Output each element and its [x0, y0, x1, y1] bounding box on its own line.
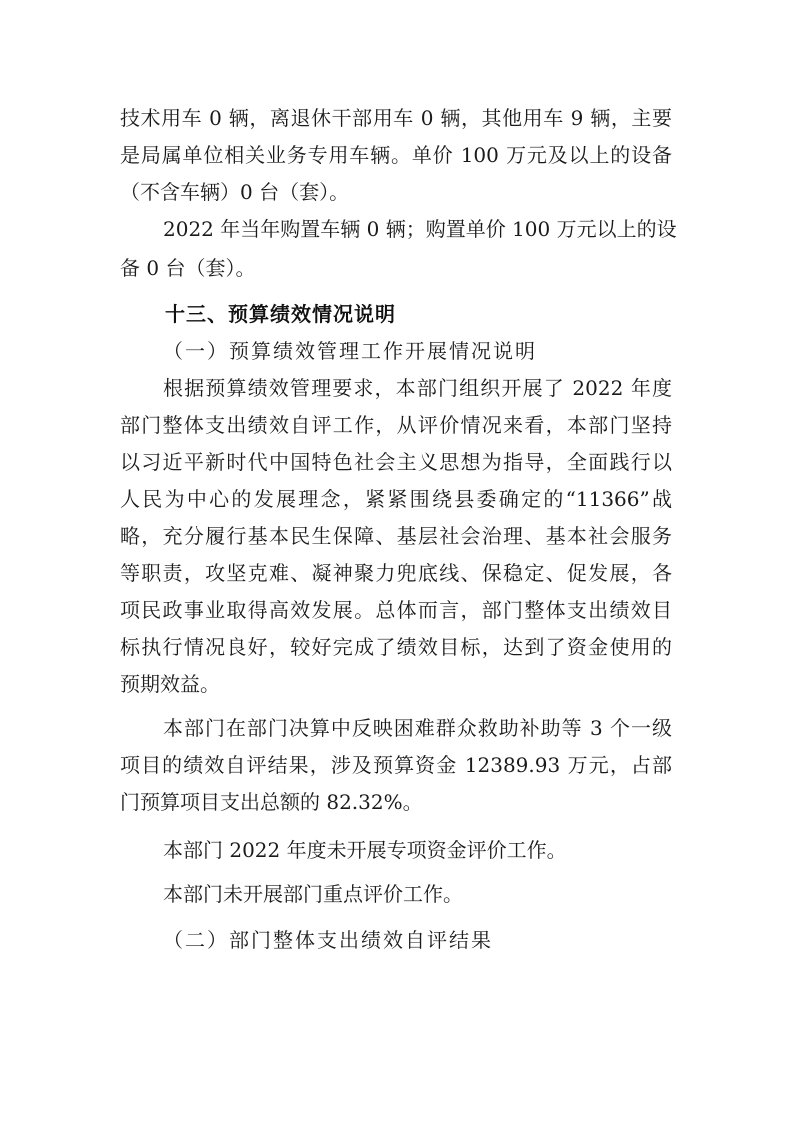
paragraph-performance-line-2: 部门整体支出绩效自评工作，从评价情况来看，本部门坚持	[120, 413, 672, 437]
paragraph-performance-line-9: 预期效益。	[120, 672, 672, 696]
paragraph-vehicles-line-3: （不含车辆）0 台（套）。	[120, 180, 672, 204]
paragraph-performance-line-1: 根据预算绩效管理要求，本部门组织开展了 2022 年度	[163, 376, 672, 400]
subsection-heading-1: （一）预算绩效管理工作开展情况说明	[163, 339, 537, 363]
paragraph-purchases-line-2: 备 0 台（套）。	[120, 256, 672, 280]
document-page: 技术用车 0 辆，离退休干部用车 0 辆，其他用车 9 辆，主要 是局属单位相关…	[0, 0, 793, 1122]
paragraph-projects-line-2: 项目的绩效自评结果，涉及预算资金 12389.93 万元，占部	[120, 753, 672, 777]
paragraph-projects-line-1: 本部门在部门决算中反映困难群众救助补助等 3 个一级	[163, 716, 672, 740]
paragraph-performance-line-7: 项民政事业取得高效发展。总体而言，部门整体支出绩效目	[120, 598, 672, 622]
paragraph-performance-line-4: 人民为中心的发展理念，紧紧围绕县委确定的“11366”战	[120, 487, 672, 511]
paragraph-performance-line-5: 略，充分履行基本民生保障、基层社会治理、基本社会服务	[120, 524, 672, 548]
paragraph-projects-line-3: 门预算项目支出总额的 82.32%。	[120, 790, 672, 814]
paragraph-performance-line-3: 以习近平新时代中国特色社会主义思想为指导，全面践行以	[120, 450, 672, 474]
paragraph-performance-line-8: 标执行情况良好，较好完成了绩效目标，达到了资金使用的	[120, 635, 672, 659]
paragraph-vehicles-line-2: 是局属单位相关业务专用车辆。单价 100 万元及以上的设备	[120, 143, 672, 167]
paragraph-key-evaluation: 本部门未开展部门重点评价工作。	[163, 882, 672, 906]
subsection-heading-2: （二）部门整体支出绩效自评结果	[163, 928, 493, 952]
paragraph-vehicles-line-1: 技术用车 0 辆，离退休干部用车 0 辆，其他用车 9 辆，主要	[120, 106, 672, 130]
paragraph-special-funds: 本部门 2022 年度未开展专项资金评价工作。	[163, 838, 672, 862]
section-heading-13: 十三、预算绩效情况说明	[165, 302, 396, 326]
paragraph-performance-line-6: 等职责，攻坚克难、凝神聚力兜底线、保稳定、促发展，各	[120, 561, 672, 585]
paragraph-purchases-line-1: 2022 年当年购置车辆 0 辆；购置单价 100 万元以上的设	[163, 217, 672, 241]
